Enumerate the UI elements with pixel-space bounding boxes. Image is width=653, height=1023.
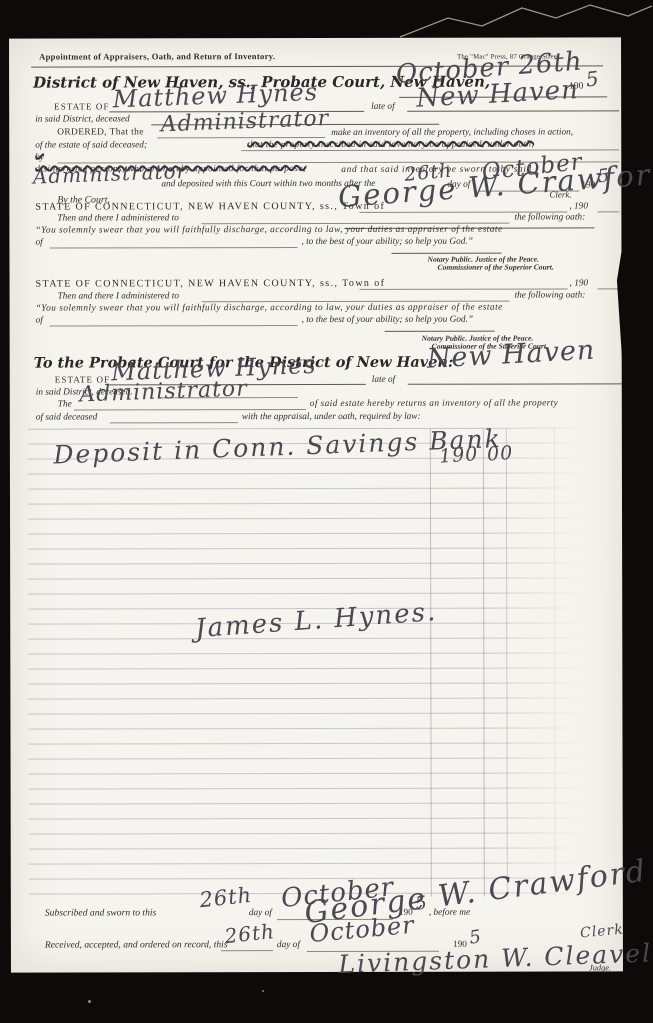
struck-appraised-text: that the property inscribed in said inve… — [247, 140, 534, 151]
subscribed-line: Subscribed and sworn to this — [45, 907, 156, 918]
footer-day2-rule — [221, 949, 273, 951]
year-digit-handwritten: 5 — [585, 66, 601, 91]
state-line-2: STATE OF CONNECTICUT, NEW HAVEN COUNTY, … — [36, 278, 386, 290]
scan-speck — [262, 990, 264, 992]
following-oath-2: the following oath: — [515, 290, 586, 301]
administered-line-1: Then and there I administered to — [57, 213, 178, 224]
oath-line1-1: “You solemnly swear that you will faithf… — [35, 225, 502, 237]
footer-day-handwritten: 26th — [198, 883, 253, 912]
notary-line2-1: Commissioner of the Superior Court. — [437, 263, 553, 272]
year-190-1: , 190 — [569, 201, 588, 212]
estate-of-label: ESTATE OF — [54, 101, 109, 111]
estate-line: of the estate of said deceased; — [35, 140, 147, 151]
following-oath-1: the following oath: — [514, 212, 585, 223]
oath-line2-1: , to the best of your ability; so help y… — [301, 237, 472, 248]
oath-rule — [49, 246, 297, 249]
clerk-label: Clerk. — [549, 189, 571, 199]
return-late-of-label: late of — [372, 375, 396, 386]
oath-line1-2: “You solemnly swear that you will faithf… — [36, 303, 503, 315]
scan-speck — [88, 1000, 91, 1003]
residence-rule — [407, 109, 619, 111]
blank-rule — [110, 421, 238, 423]
year-190-2: , 190 — [570, 278, 589, 289]
administered-line-2: Then and there I administered to — [58, 291, 179, 302]
oath-rule — [50, 324, 298, 327]
of-said-deceased: of said deceased — [36, 412, 97, 423]
ledger-column-line — [430, 429, 432, 897]
footer-day2-handwritten: 26th — [223, 919, 276, 948]
ledger-column-line — [554, 428, 556, 896]
town-rule — [360, 287, 568, 289]
return-residence-rule — [408, 382, 622, 384]
administrator-rule — [157, 136, 325, 138]
year-rule — [598, 287, 620, 289]
ledger-column-line — [506, 429, 508, 897]
state-line-1: STATE OF CONNECTICUT, NEW HAVEN COUNTY, … — [35, 201, 385, 213]
oath-line2-2: , to the best of your ability; so help y… — [302, 315, 473, 326]
notary-divider — [391, 252, 501, 254]
footer-clerk-label: Clerk — [579, 922, 624, 942]
oath-of-1: of — [35, 238, 42, 249]
the-label: The — [58, 400, 72, 411]
struck-by-text: by — [35, 153, 44, 164]
appraisal-line: with the appraisal, under oath, required… — [242, 412, 421, 423]
return-administrator-handwritten: Administrator — [79, 376, 248, 407]
judge-label: Judge. — [589, 963, 611, 973]
ordered-lead: ORDERED, That the — [57, 127, 144, 138]
footer-day-of-label: day of — [249, 908, 272, 919]
inventory-ledger — [28, 427, 589, 897]
scan-crack — [0, 0, 653, 38]
year-rule — [597, 210, 619, 212]
district-deceased-line: in said District, deceased — [35, 114, 130, 125]
oath-of-2: of — [36, 316, 43, 327]
late-of-label: late of — [371, 102, 395, 113]
notary-divider — [385, 330, 495, 332]
administrator-handwritten: Administrator — [160, 106, 329, 137]
form-title: Appointment of Appraisers, Oath, and Ret… — [39, 52, 275, 62]
ledger-column-line — [483, 429, 485, 897]
inventory-entry-dollars: 190 — [438, 443, 479, 468]
blank-rule — [74, 408, 306, 410]
document-page: Appointment of Appraisers, Oath, and Ret… — [9, 37, 623, 972]
inventory-entry-cents: 00 — [486, 442, 514, 466]
footer-day-of2-label: day of — [277, 940, 300, 951]
returns-line: of said estate hereby returns an invento… — [310, 398, 558, 409]
received-line: Received, accepted, and ordered on recor… — [45, 939, 228, 950]
make-inventory-line: make an inventory of all the property, i… — [331, 127, 573, 138]
